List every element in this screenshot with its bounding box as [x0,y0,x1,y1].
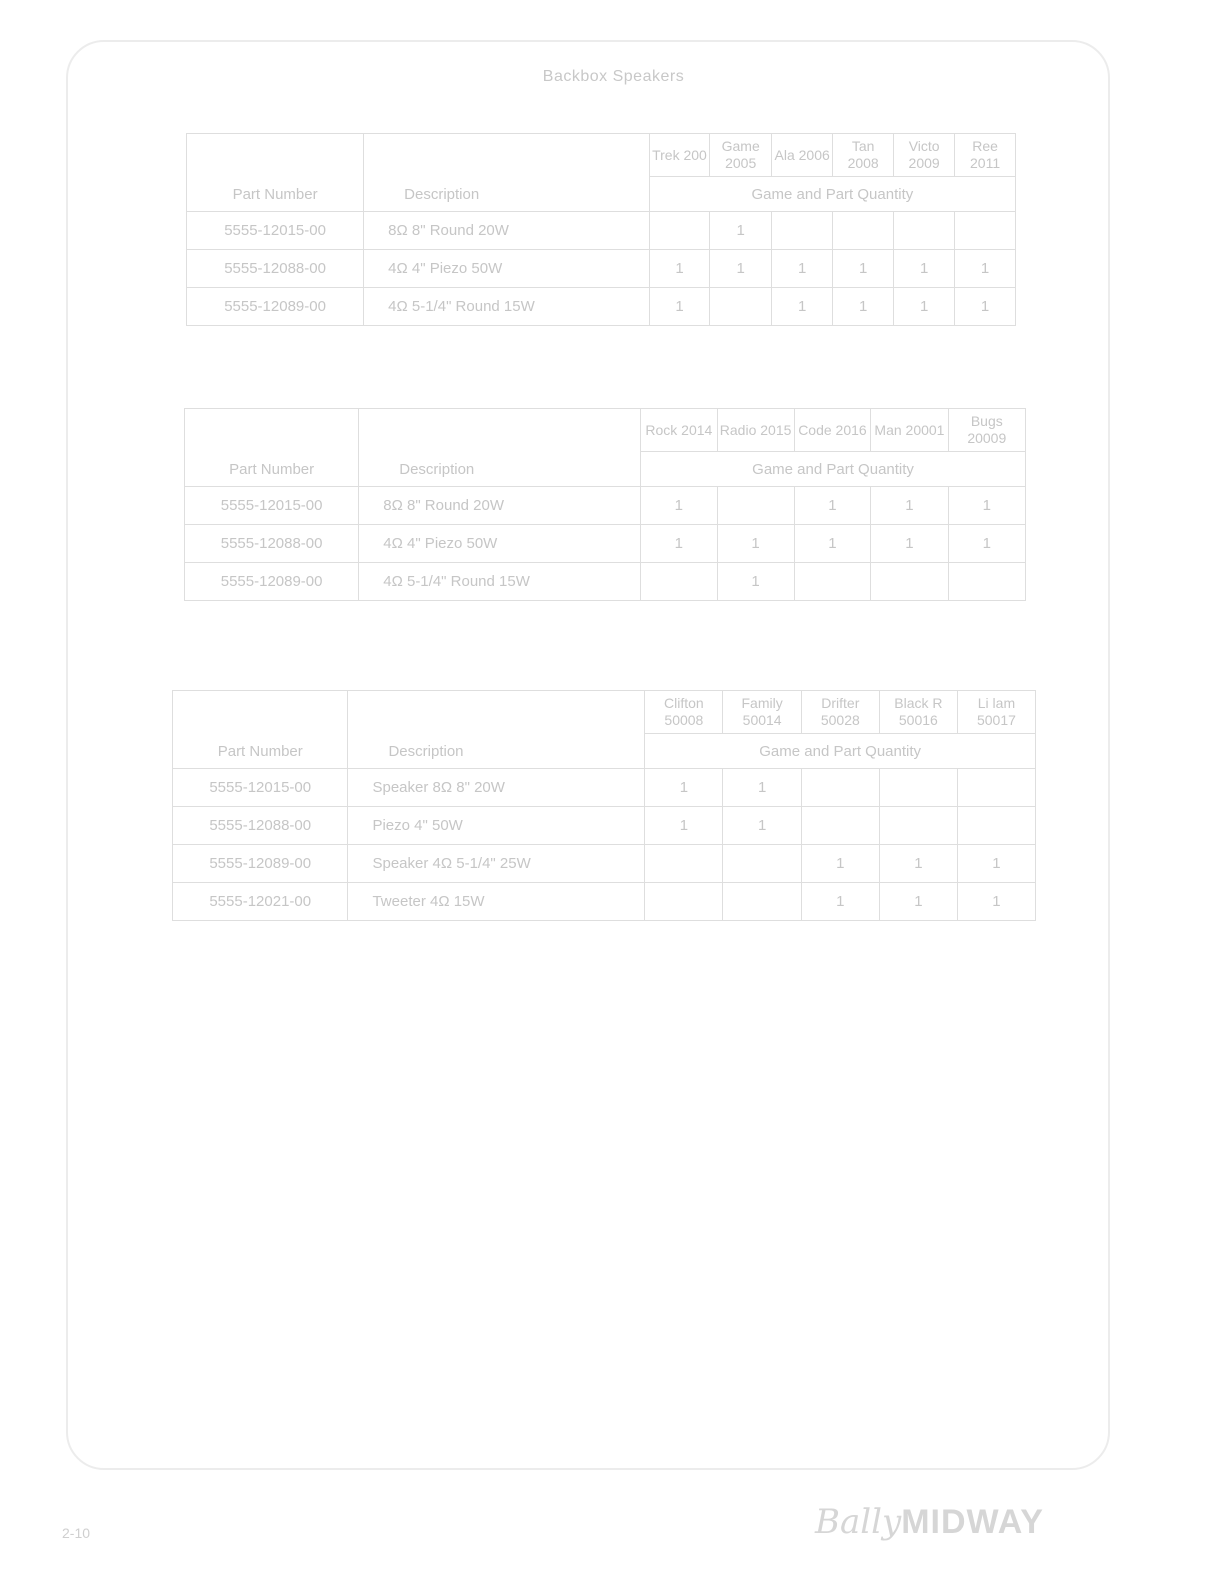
quantity-cell [833,212,894,250]
game-header: Game 2005 [710,134,772,177]
description-header: Description [364,134,650,212]
table-row: 5555-12089-004Ω 5-1/4" Round 15W1 [185,563,1026,601]
part-number-cell: 5555-12015-00 [185,487,359,525]
part-number-cell: 5555-12088-00 [185,525,359,563]
quantity-cell [772,212,833,250]
part-number-cell: 5555-12021-00 [173,883,348,921]
description-cell: 8Ω 8" Round 20W [359,487,641,525]
game-header: Tan 2008 [833,134,894,177]
part-number-header: Part Number [185,409,359,487]
quantity-cell [879,769,957,807]
game-header: Man 20001 [871,409,948,452]
table-row: 5555-12088-004Ω 4" Piezo 50W111111 [187,250,1016,288]
quantity-cell [871,563,948,601]
quantity-cell [645,845,723,883]
part-number-cell: 5555-12015-00 [187,212,364,250]
game-quantity-label: Game and Part Quantity [645,734,1036,769]
quantity-cell [894,212,955,250]
quantity-cell: 1 [948,525,1025,563]
table-row: 5555-12089-004Ω 5-1/4" Round 15W11111 [187,288,1016,326]
quantity-cell: 1 [794,487,871,525]
game-quantity-label: Game and Part Quantity [649,177,1015,212]
part-number-cell: 5555-12089-00 [187,288,364,326]
logo-script: Bally [815,1502,901,1542]
page-number: 2-10 [62,1525,90,1541]
parts-table-3: Part NumberDescriptionClifton 50008Famil… [172,690,1036,921]
quantity-cell: 1 [955,288,1016,326]
quantity-cell: 1 [794,525,871,563]
description-cell: 4Ω 5-1/4" Round 15W [359,563,641,601]
header-row: Part NumberDescriptionClifton 50008Famil… [173,691,1036,734]
quantity-cell: 1 [955,250,1016,288]
game-header: Ala 2006 [772,134,833,177]
part-number-cell: 5555-12089-00 [185,563,359,601]
description-cell: Tweeter 4Ω 15W [348,883,645,921]
quantity-cell: 1 [957,845,1035,883]
description-cell: 4Ω 5-1/4" Round 15W [364,288,650,326]
quantity-cell [723,845,801,883]
quantity-cell: 1 [894,250,955,288]
quantity-cell [710,288,772,326]
quantity-cell: 1 [723,807,801,845]
quantity-cell: 1 [948,487,1025,525]
description-header: Description [348,691,645,769]
quantity-cell: 1 [641,525,717,563]
quantity-cell: 1 [871,525,948,563]
table-row: 5555-12015-008Ω 8" Round 20W1 [187,212,1016,250]
quantity-cell [957,769,1035,807]
quantity-cell: 1 [833,250,894,288]
quantity-cell: 1 [871,487,948,525]
quantity-cell [801,807,879,845]
quantity-cell [723,883,801,921]
game-header: Black R 50016 [879,691,957,734]
game-quantity-label: Game and Part Quantity [641,452,1026,487]
game-header: Trek 200 [649,134,709,177]
quantity-cell: 1 [894,288,955,326]
quantity-cell [948,563,1025,601]
part-number-cell: 5555-12088-00 [173,807,348,845]
quantity-cell: 1 [717,563,794,601]
header-row: Part NumberDescriptionTrek 200Game 2005A… [187,134,1016,177]
part-number-header: Part Number [173,691,348,769]
table-row: 5555-12015-00Speaker 8Ω 8" 20W11 [173,769,1036,807]
quantity-cell: 1 [645,769,723,807]
table-row: 5555-12015-008Ω 8" Round 20W1111 [185,487,1026,525]
quantity-cell [649,212,709,250]
game-header: Rock 2014 [641,409,717,452]
description-cell: Piezo 4" 50W [348,807,645,845]
game-header: Victo 2009 [894,134,955,177]
quantity-cell: 1 [833,288,894,326]
bally-midway-logo: BallyMIDWAY [815,1502,1044,1542]
quantity-cell: 1 [801,883,879,921]
part-number-cell: 5555-12089-00 [173,845,348,883]
table-row: 5555-12089-00Speaker 4Ω 5-1/4" 25W111 [173,845,1036,883]
quantity-cell: 1 [645,807,723,845]
parts-table-2: Part NumberDescriptionRock 2014Radio 201… [184,408,1026,601]
description-cell: Speaker 4Ω 5-1/4" 25W [348,845,645,883]
quantity-cell [879,807,957,845]
description-cell: Speaker 8Ω 8" 20W [348,769,645,807]
description-cell: 8Ω 8" Round 20W [364,212,650,250]
part-number-header: Part Number [187,134,364,212]
header-row: Part NumberDescriptionRock 2014Radio 201… [185,409,1026,452]
quantity-cell [957,807,1035,845]
description-header: Description [359,409,641,487]
quantity-cell: 1 [772,288,833,326]
game-header: Radio 2015 [717,409,794,452]
description-cell: 4Ω 4" Piezo 50W [359,525,641,563]
game-header: Ree 2011 [955,134,1016,177]
table-row: 5555-12088-004Ω 4" Piezo 50W11111 [185,525,1026,563]
quantity-cell: 1 [649,250,709,288]
quantity-cell: 1 [710,212,772,250]
quantity-cell: 1 [772,250,833,288]
table-row: 5555-12021-00Tweeter 4Ω 15W111 [173,883,1036,921]
part-number-cell: 5555-12088-00 [187,250,364,288]
quantity-cell: 1 [879,883,957,921]
quantity-cell: 1 [801,845,879,883]
quantity-cell [641,563,717,601]
game-header: Clifton 50008 [645,691,723,734]
page-title: Backbox Speakers [0,68,1227,86]
description-cell: 4Ω 4" Piezo 50W [364,250,650,288]
quantity-cell: 1 [717,525,794,563]
quantity-cell: 1 [723,769,801,807]
logo-block: MIDWAY [901,1503,1044,1541]
quantity-cell: 1 [879,845,957,883]
game-header: Family 50014 [723,691,801,734]
game-header: Bugs 20009 [948,409,1025,452]
quantity-cell [645,883,723,921]
parts-table-1: Part NumberDescriptionTrek 200Game 2005A… [186,133,1016,326]
quantity-cell [717,487,794,525]
quantity-cell: 1 [957,883,1035,921]
table-row: 5555-12088-00Piezo 4" 50W11 [173,807,1036,845]
game-header: Drifter 50028 [801,691,879,734]
game-header: Code 2016 [794,409,871,452]
game-header: Li lam 50017 [957,691,1035,734]
quantity-cell: 1 [641,487,717,525]
part-number-cell: 5555-12015-00 [173,769,348,807]
quantity-cell: 1 [710,250,772,288]
quantity-cell [955,212,1016,250]
quantity-cell: 1 [649,288,709,326]
quantity-cell [801,769,879,807]
quantity-cell [794,563,871,601]
